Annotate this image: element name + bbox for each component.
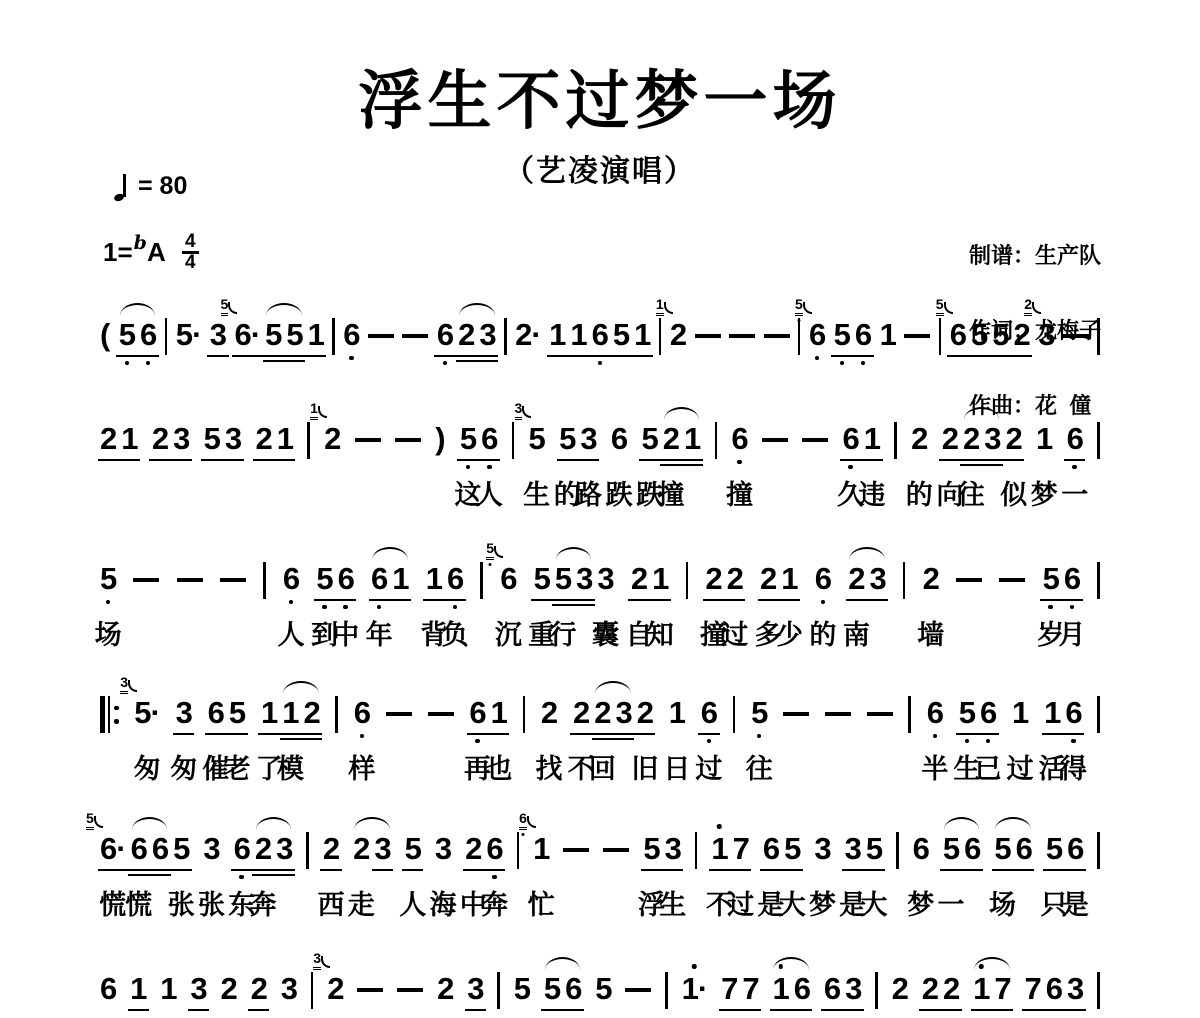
note: 6 [565,972,581,1011]
beam-underline [1042,733,1063,736]
note: 2旧 [637,696,653,740]
note: 2撞 [705,562,721,601]
note-number: 3 [225,422,241,456]
note-number: 6 [980,696,996,730]
beam-group: 5重5行33囊 [534,562,614,606]
note: 5重 [534,562,550,606]
note-number: 6 [809,318,825,352]
note: 32 [1038,318,1054,352]
lyric-syllable: 负 [442,613,469,652]
lyric-syllable: 人 [399,883,426,922]
lyric-syllable: 跌 [606,473,633,512]
note-number: 5 [265,318,281,352]
note-number: 6 [913,832,929,866]
note-number: 6 [950,318,966,352]
beam-underline [719,1009,740,1012]
note-number: 1· [682,972,708,1006]
note: 6再 [469,696,485,743]
note-number: 2 [892,972,908,1006]
note: 1 [308,318,324,362]
note-number: 2 [848,562,864,596]
lyric-syllable: 往 [958,473,985,512]
note: 5往 [751,696,767,738]
octave-dot-below [343,605,348,610]
beam-underline [610,355,631,358]
duration-dash [825,712,851,716]
grace-note: 5 [221,297,238,316]
beam-group: 2向2往32似 [942,422,1022,466]
beam-underline [978,733,999,736]
note-number: 2 [594,696,610,730]
beam-underline [760,869,781,872]
grace-number: 2 [1024,297,1032,316]
note-number: 3 [665,832,681,866]
note: 2 [1014,318,1030,357]
beam-underline [867,599,888,602]
grace-number: 1 [656,297,664,316]
beam-group: 5到6中 [316,562,354,609]
flat-sign: b [134,232,147,254]
note-number: 5 [529,422,545,456]
octave-dot-below [861,361,866,366]
note-number: 5 [943,832,959,866]
beam-group: 3是5大 [845,832,883,871]
note-number: 3 [374,832,390,866]
note: 6·5 [235,318,261,362]
barline [665,972,668,1009]
note: 1 [570,318,586,365]
note-number: 5 [405,832,421,866]
note: 3是 [845,832,861,871]
note-number: 5 [784,832,800,866]
beam-underline [982,464,1003,467]
note: 6 [437,318,453,365]
lyric-syllable: 一 [937,883,964,922]
beam-group: 5只6是 [1046,832,1084,871]
note: 3海 [435,832,451,866]
beam-underline [1003,459,1024,462]
credit-arranger: 制谱：生产队 [969,243,1101,268]
lyric-syllable: 月 [1058,613,1085,652]
note: 1 [973,972,989,1011]
barline [480,562,483,599]
beam-underline [552,599,573,602]
note: 1了 [261,696,277,740]
beam-group: 6是5大 [763,832,801,871]
note-number: 1 [261,696,277,730]
octave-dot-below [125,361,130,366]
lyric-syllable: 也 [485,747,512,786]
octave-dot-below [737,460,742,465]
beam-underline [205,733,226,736]
beam-underline [782,869,803,872]
note-number: 1 [1044,696,1060,730]
barline [908,696,911,733]
note: 2南 [848,562,864,601]
octave-dot-below [1048,605,1053,610]
note-number: 6 [1067,422,1083,456]
note: 1也 [491,696,507,743]
note-number: 5 [229,696,245,730]
barline [512,422,515,459]
duration-dash [904,334,930,338]
lyric-syllable: 知 [647,613,674,652]
note-number: 1 [669,696,685,730]
note-number: 6 [343,318,359,352]
beam-underline [589,355,610,358]
slur-group: 5行3 [555,562,593,606]
beam-underline [477,360,498,363]
beam-underline [1043,1009,1064,1012]
lyric-syllable: 慌 [125,883,152,922]
tempo-value: = 80 [138,172,187,201]
note-number: 2 [324,422,340,456]
note: 5 [992,318,1008,357]
beam-underline [128,869,149,872]
barline [263,562,266,599]
duration-dash [999,578,1025,582]
note: 3 [276,832,292,879]
beam-group: 5浮3生 [643,832,681,871]
beam-underline [465,1009,486,1012]
beam-underline [939,459,960,462]
duration-dash [1063,334,1089,338]
octave-dot-below [815,356,820,361]
note: 7 [1024,972,1040,1011]
note-number: 6 [338,562,354,596]
note-number: 2 [963,422,979,456]
beam-underline [570,733,591,736]
note: 3 [374,832,390,871]
slur-group: 2往3 [963,422,1001,466]
note-number: 7 [721,972,737,1006]
note-number: 6 [1064,562,1080,596]
octave-dot-below [933,734,938,739]
beam-underline [861,459,882,462]
note-number: 6 [447,562,463,596]
note-number: 2 [705,562,721,596]
lyric-syllable: 生 [659,883,686,922]
note-number: 1 [491,696,507,730]
note-number: 6 [152,832,168,866]
note: 3 [281,972,297,1006]
lyric-syllable: 往 [746,747,773,786]
lyric-syllable: 老 [224,747,251,786]
lyric-syllable: 的 [809,613,836,652]
time-signature: 44 [182,234,199,271]
note: 2找 [541,696,557,730]
note-number: 1 [130,972,146,1006]
note: 6·5慌 [100,832,126,876]
lyric-syllable: 日 [663,747,690,786]
note: 5到 [316,562,332,609]
beam-underline [547,355,568,358]
beam-group: 5跌2撞1 [641,422,700,466]
note-number: 2 [255,832,271,866]
note-number: 6 [964,832,980,866]
beam-underline [207,355,228,358]
beam-group: 6催5老 [208,696,246,735]
lyric-syllable: 的 [906,473,933,512]
note-number: 6 [794,972,810,1006]
grace-note: 6 [519,811,536,830]
beam-underline [284,355,305,358]
grace-note: 5 [795,297,812,316]
lyric-syllable: 南 [843,613,870,652]
note: 2墙 [923,562,939,596]
beam-underline [1063,733,1084,736]
beam-underline [258,733,279,736]
note-number: 5 [100,562,116,596]
note: 3 [869,562,885,601]
beam-group: 5的3路 [559,422,597,461]
note: 6撞 [731,422,747,464]
beam-underline [660,464,681,467]
beam-underline [226,733,247,736]
grace-note: 1 [656,297,673,316]
note-number: 3 [281,972,297,1006]
lyric-syllable: 忙 [528,883,555,922]
octave-dot-above [778,964,783,969]
note-number: 5· [176,318,202,352]
lyric-syllable: 生 [523,473,550,512]
note: 3张 [203,832,219,866]
note: 6久 [843,422,859,469]
beam-underline [940,1009,961,1012]
note: 5 [613,318,629,365]
beam-group: 6·5551 [235,318,324,362]
beam-underline [574,599,595,602]
note-number: 1 [864,422,880,456]
octave-dot-below [1071,739,1076,744]
note-number: 5 [994,832,1010,866]
note: 2过 [727,562,743,601]
lyric-syllable: 匆 [134,747,161,786]
beam-underline [992,869,1013,872]
note-number: 6 [234,832,250,866]
grace-number: 5 [221,297,229,316]
octave-dot-below [965,739,970,744]
octave-dot-below [1070,605,1075,610]
beam-underline [484,869,505,872]
duration-dash [177,578,203,582]
beam-underline [171,459,192,462]
octave-dot-below [707,739,712,744]
beam-underline [119,459,140,462]
note-number: 5 [613,318,629,352]
note: 2回 [594,696,610,740]
lyric-syllable: 撞 [657,473,684,512]
music-line-4: 5·3匆3匆6催5老1了1模26样6再1也2找2不2回32旧1日6过5往6半5生… [100,696,1100,744]
duration-dash [603,848,629,852]
note-number: 1 [426,562,442,596]
note: 3 [615,696,631,740]
note: 1 [277,422,293,461]
note: 2 [255,422,271,461]
note: 21 [324,422,340,456]
octave-dot-below [840,361,845,366]
note-number: 5 [559,422,575,456]
beam-underline [969,355,990,358]
note-number: 6 [100,972,116,1006]
page-title: 浮生不过梦一场 [0,50,1200,142]
barline [332,318,335,355]
beam-group: 2撞2过 [705,562,743,601]
grace-hook [522,406,531,418]
beam-underline [578,459,599,462]
beam-underline [960,459,981,462]
note-number: 2 [541,696,557,730]
note: 3路 [580,422,596,461]
note: 2· [515,318,541,352]
beam-group: 2自1知 [631,562,669,601]
note: 1少 [781,562,797,601]
barline [875,972,878,1009]
duration-dash [563,848,589,852]
note: 2撞 [663,422,679,466]
note-number: 5 [1043,562,1059,596]
grace-hook [1032,302,1041,314]
music-line-6: 6113223232355651·77166322217763 [100,972,1100,1018]
slur-group: 1模2 [282,696,320,740]
beam-underline [463,869,484,872]
grace-hook [944,302,953,314]
octave-dot-below [492,875,497,880]
beam-underline [445,599,466,602]
note-number: 5 [866,832,882,866]
beam-underline [201,459,222,462]
note-number: 6 [1046,972,1062,1006]
beam-underline [1011,355,1032,358]
grace-note: 1 [310,401,327,420]
note: 1过 [1012,696,1028,730]
beam-underline [791,1009,812,1012]
duration-dash [762,438,788,442]
beam-underline [863,869,884,872]
music-line-3: 5场6人5到6中6年11背6负65沉5重5行33囊2自1知2撞2过2多1少6的2… [100,562,1100,610]
beam-underline [149,459,170,462]
note: 5生 [959,696,975,743]
beam-group: 2中6奔 [465,832,503,879]
note: 6负 [447,562,463,609]
note: 5场 [994,832,1010,871]
note-number: 1 [533,832,549,866]
note-number: 3 [479,318,495,352]
beam-underline [947,355,968,358]
note: 6 [855,318,871,365]
octave-dot-above [717,824,722,829]
repeat-thin-bar [108,696,110,733]
lyric-syllable: 走 [348,883,375,922]
note: 6年 [371,562,387,609]
note: 5 [595,972,611,1006]
note-number: 5 [641,422,657,456]
beam-underline [779,599,800,602]
lyric-syllable: 行 [550,613,577,652]
beam-underline [423,599,444,602]
barline [523,696,526,733]
octave-dot-above [979,964,984,969]
beam-underline [613,738,634,741]
grace-note: 5 [86,811,103,830]
note-number: 1 [121,422,137,456]
note-number: 3 [176,696,192,730]
octave-dot-below [453,605,458,610]
note-number: 2 [942,422,958,456]
note-number: 2 [727,562,743,596]
note-number: 6 [283,562,299,596]
note: 1 [684,422,700,466]
note: 5 [834,318,850,365]
beam-underline [280,733,301,736]
note-number: 6 [843,422,859,456]
note: 65 [950,318,966,357]
octave-dot-below [475,739,480,744]
slur-group: 5一6 [943,832,981,871]
note-number: 5 [1046,832,1062,866]
note-number: 5 [514,972,530,1006]
note: 6是 [763,832,779,871]
note-number: 6 [469,696,485,730]
repeat-dot [114,706,119,711]
note-number: 2 [943,972,959,1006]
lyric-syllable: 样 [348,747,375,786]
note-number: 5 [119,318,135,352]
note: 5行 [555,562,571,606]
note: 1 [634,318,650,365]
beam-underline [477,355,498,358]
note-number: 3 [467,972,483,1006]
beam-underline [634,733,655,736]
beam-underline [557,459,578,462]
beam-underline [842,869,863,872]
key-signature: 1=bA 44 [103,234,199,271]
beam-underline [434,355,455,358]
octave-dot-below [487,465,492,470]
octave-dot-below [146,361,151,366]
lyric-syllable: 路 [575,473,602,512]
barline [1097,696,1100,733]
note: 65 [809,318,825,360]
note: 3 [1067,972,1083,1011]
lyric-syllable: 人 [476,473,503,512]
note-number: 6 [731,422,747,456]
beam-underline [758,599,779,602]
lyric-syllable: 墙 [917,613,944,652]
note-number: 2 [663,422,679,456]
barline [335,696,338,733]
note-number: 6 [592,318,608,352]
note-number: 5 [834,318,850,352]
beam-underline [541,1009,562,1012]
beam-underline [703,599,724,602]
lyric-syllable: 旧 [631,747,658,786]
note-number: 2 [353,832,369,866]
note-number: 5 [204,422,220,456]
beam-underline [263,355,284,358]
beam-underline [253,459,274,462]
note-number: 3 [580,422,596,456]
beam-underline [116,355,137,358]
barline [307,422,310,459]
lyric-syllable: 违 [858,473,885,512]
beam-underline [467,733,488,736]
lyric-syllable: 场 [95,613,122,652]
note-number: 3 [190,972,206,1006]
beam-underline [457,459,478,462]
note-number: 6 [500,562,516,596]
note: 5的 [559,422,575,461]
